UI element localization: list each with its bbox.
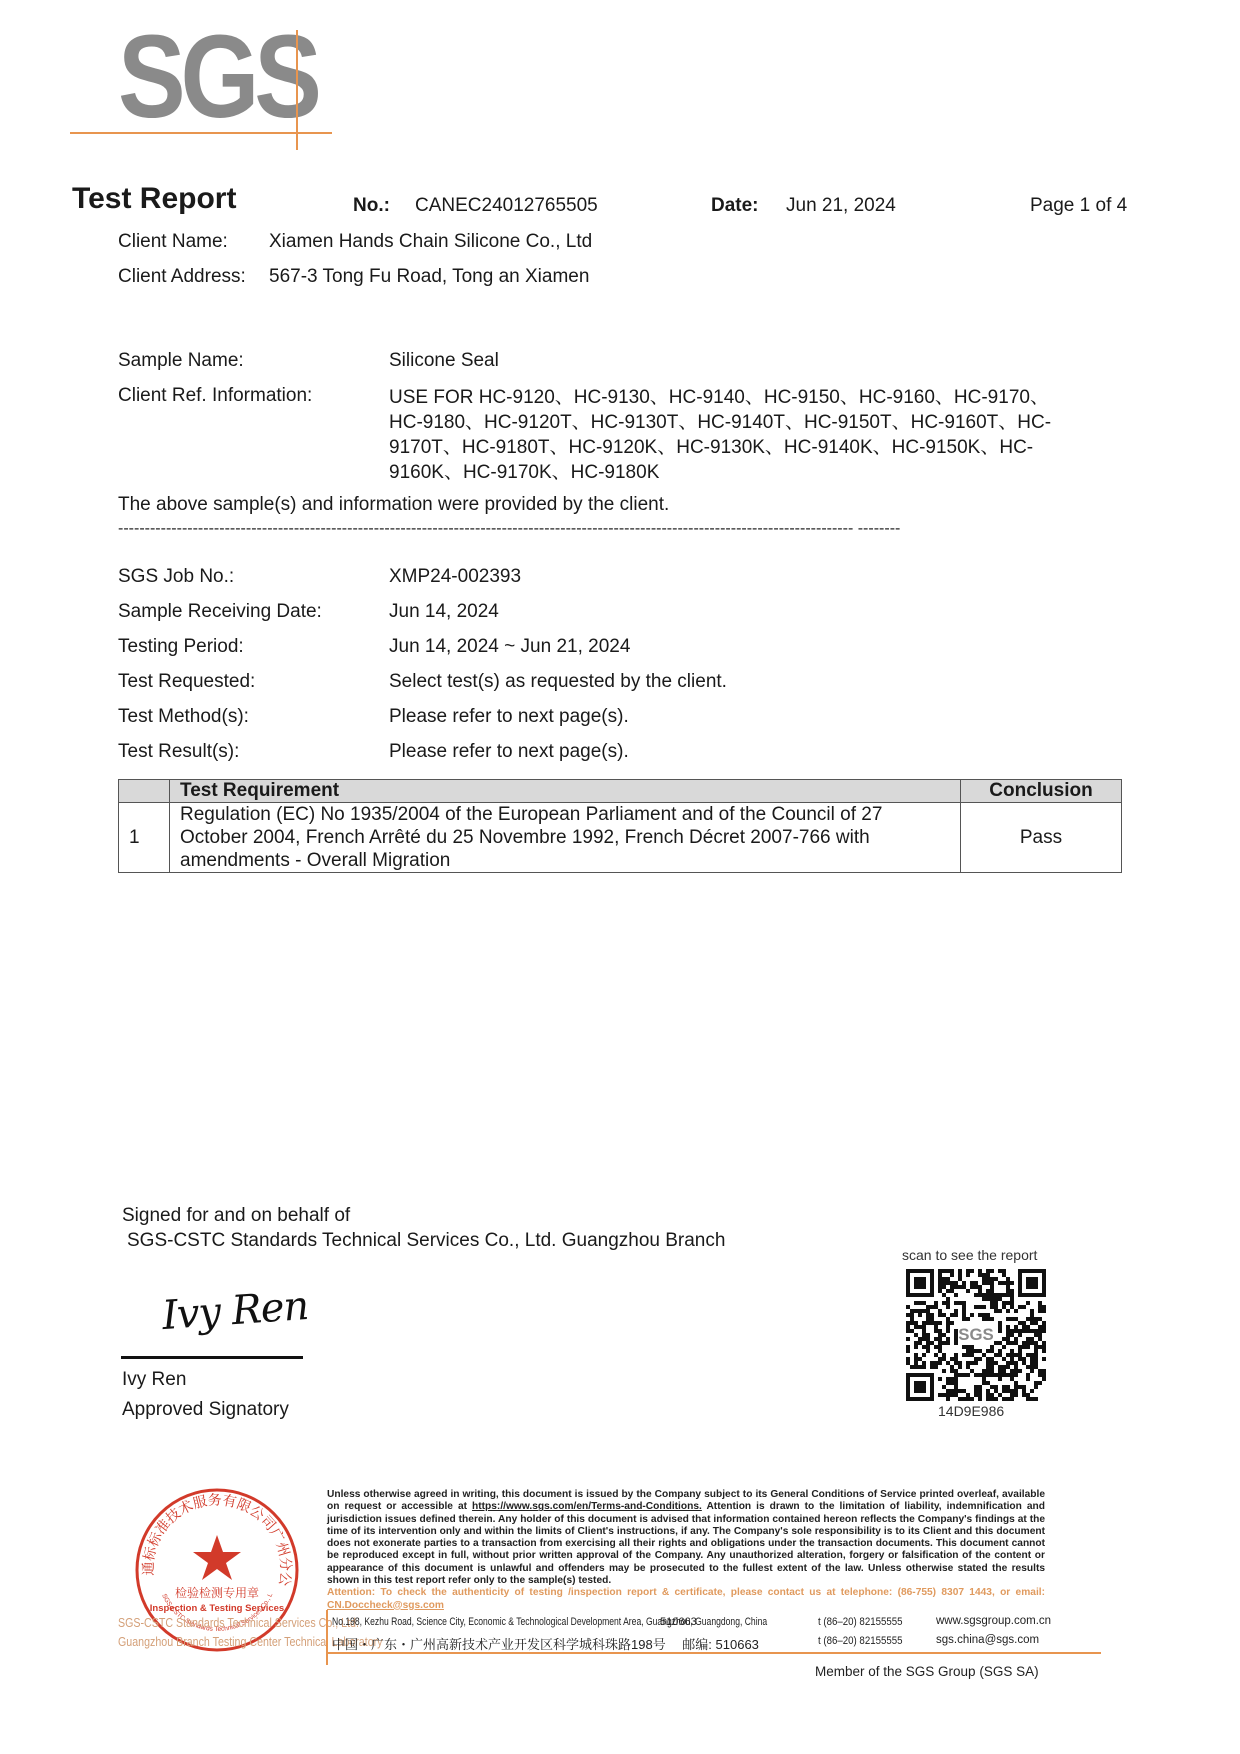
- page-number: Page 1 of 4: [1030, 195, 1127, 217]
- requirement-line: Regulation (EC) No 1935/2004 of the Euro…: [180, 803, 950, 826]
- test-requested-label: Test Requested:: [118, 671, 255, 694]
- client-ref-info: USE FOR HC-9120、HC-9130、HC-9140、HC-9150、…: [389, 385, 1139, 485]
- requirement-line: amendments - Overall Migration: [180, 849, 950, 872]
- receiving-date: Jun 14, 2024: [389, 601, 499, 624]
- logo-vertical-rule: [296, 30, 298, 150]
- address-english: No.198, Kezhu Road, Science City, Econom…: [332, 1616, 767, 1628]
- phone-2: t (86–20) 82155555: [818, 1635, 903, 1647]
- qr-code-icon[interactable]: SGS: [906, 1268, 1046, 1402]
- client-address-label: Client Address:: [118, 266, 246, 289]
- handwritten-signature: Ivy Ren: [161, 1283, 310, 1339]
- testing-period: Jun 14, 2024 ~ Jun 21, 2024: [389, 636, 630, 659]
- signer-title: Approved Signatory: [122, 1399, 289, 1421]
- test-methods: Please refer to next page(s).: [389, 706, 629, 729]
- dashed-separator: ----------------------------------------…: [118, 520, 1098, 538]
- test-methods-label: Test Method(s):: [118, 706, 249, 729]
- address-chinese: 中国・广东・广州高新技术产业开发区科学城科珠路198号 邮编: 510663: [332, 1634, 759, 1653]
- signing-company: SGS-CSTC Standards Technical Services Co…: [127, 1230, 725, 1252]
- test-requested: Select test(s) as requested by the clien…: [389, 671, 727, 694]
- authenticity-notice: Attention: To check the authenticity of …: [327, 1587, 1045, 1598]
- report-date: Jun 21, 2024: [786, 195, 896, 217]
- disclaimer-text: Attention is drawn to the limitation of …: [327, 1501, 1045, 1586]
- member-statement: Member of the SGS Group (SGS SA): [815, 1664, 1039, 1679]
- conclusion-header: Conclusion: [961, 780, 1122, 803]
- qr-verification-code: 14D9E986: [938, 1403, 1004, 1419]
- qr-caption: scan to see the report: [902, 1247, 1037, 1263]
- client-name: Xiamen Hands Chain Silicone Co., Ltd: [269, 231, 592, 254]
- requirement-header: Test Requirement: [170, 780, 961, 803]
- legal-disclaimer: Unless otherwise agreed in writing, this…: [327, 1489, 1045, 1612]
- table-row: 1 Regulation (EC) No 1935/2004 of the Eu…: [119, 803, 1122, 873]
- sample-name-label: Sample Name:: [118, 350, 244, 373]
- signer-name: Ivy Ren: [122, 1369, 186, 1391]
- client-address: 567-3 Tong Fu Road, Tong an Xiamen: [269, 266, 589, 289]
- footer-vertical-rule: [326, 1610, 328, 1665]
- doccheck-email-link[interactable]: CN.Doccheck@sgs.com: [327, 1600, 444, 1611]
- client-ref-line: 9170T、HC-9180T、HC-9120K、HC-9130K、HC-9140…: [389, 435, 1139, 460]
- results-table: Test Requirement Conclusion 1 Regulation…: [118, 779, 1122, 873]
- job-no-label: SGS Job No.:: [118, 566, 234, 589]
- phone-1: t (86–20) 82155555: [818, 1616, 903, 1628]
- logo-horizontal-rule: [70, 132, 332, 134]
- job-no: XMP24-002393: [389, 566, 521, 589]
- client-provided-note: The above sample(s) and information were…: [118, 494, 669, 516]
- sgs-logo: SGS: [118, 18, 317, 136]
- client-ref-label: Client Ref. Information:: [118, 385, 312, 408]
- testing-period-label: Testing Period:: [118, 636, 244, 659]
- test-results-label: Test Result(s):: [118, 741, 239, 764]
- report-number: CANEC24012765505: [415, 195, 598, 217]
- client-ref-line: 9160K、HC-9170K、HC-9180K: [389, 460, 1139, 485]
- report-date-label: Date:: [711, 195, 759, 217]
- row-requirement: Regulation (EC) No 1935/2004 of the Euro…: [170, 803, 961, 873]
- signed-for-label: Signed for and on behalf of: [122, 1205, 350, 1227]
- address-zip: 510663: [660, 1616, 697, 1628]
- website-link[interactable]: www.sgsgroup.com.cn: [936, 1615, 1051, 1627]
- row-conclusion: Pass: [961, 803, 1122, 873]
- terms-link[interactable]: https://www.sgs.com/en/Terms-and-Conditi…: [472, 1501, 702, 1512]
- test-results: Please refer to next page(s).: [389, 741, 629, 764]
- report-title: Test Report: [72, 182, 236, 216]
- stamp-center-cn: 检验检测专用章: [175, 1585, 259, 1600]
- signature-line: [121, 1356, 303, 1359]
- table-header-row: Test Requirement Conclusion: [119, 780, 1122, 803]
- report-number-label: No.:: [353, 195, 390, 217]
- requirement-line: October 2004, French Arrêté du 25 Novemb…: [180, 826, 950, 849]
- lab-name-line1: SGS-CSTC Standards Technical Services Co…: [118, 1615, 359, 1630]
- client-ref-line: USE FOR HC-9120、HC-9130、HC-9140、HC-9150、…: [389, 385, 1139, 410]
- receiving-date-label: Sample Receiving Date:: [118, 601, 322, 624]
- client-ref-line: HC-9180、HC-9120T、HC-9130T、HC-9140T、HC-91…: [389, 410, 1139, 435]
- row-index: 1: [119, 803, 170, 873]
- qr-center-label: SGS: [958, 1325, 993, 1344]
- client-name-label: Client Name:: [118, 231, 228, 254]
- email-link[interactable]: sgs.china@sgs.com: [936, 1634, 1039, 1646]
- index-header: [119, 780, 170, 803]
- sample-name: Silicone Seal: [389, 350, 499, 373]
